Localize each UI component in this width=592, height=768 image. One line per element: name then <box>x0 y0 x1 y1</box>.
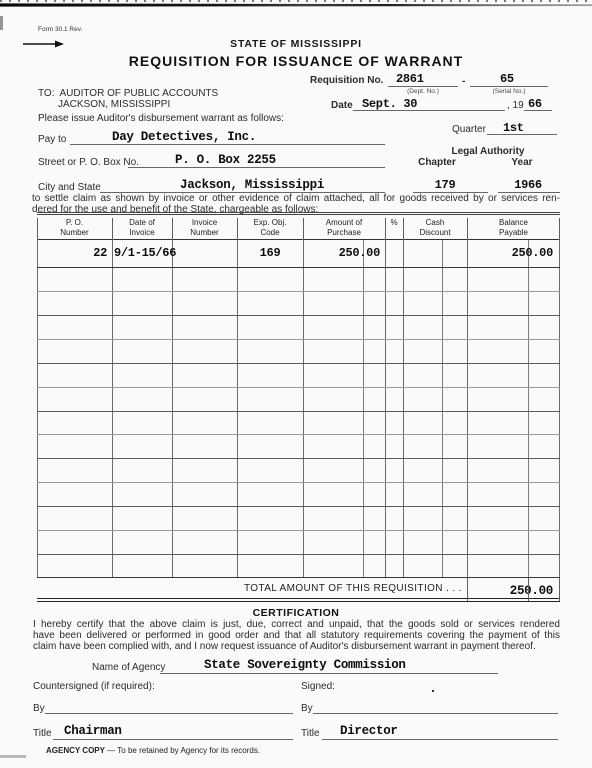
main-title: REQUISITION FOR ISSUANCE OF WARRANT <box>0 53 592 69</box>
chapter-value: 179 <box>415 178 475 192</box>
state-title: STATE OF MISSISSIPPI <box>0 38 592 50</box>
agency-copy-note: AGENCY COPY — To be retained by Agency f… <box>46 746 260 755</box>
agency-label: Name of Agency <box>92 662 165 673</box>
date-label: Date <box>331 100 353 111</box>
form-number: Form 30.1 Rev. <box>38 26 82 33</box>
street-value: P. O. Box 2255 <box>175 153 276 167</box>
agency-copy-text: — To be retained by Agency for its recor… <box>107 746 260 755</box>
signature-line <box>45 713 293 714</box>
fill-line <box>128 167 385 168</box>
scan-artifact <box>432 690 434 692</box>
city-state-value: Jackson, Mississippi <box>180 178 324 192</box>
scan-artifact <box>0 0 592 2</box>
column-header-amount-of-purchase: Amount of Purchase <box>303 218 385 237</box>
cell-amount-of-purchase: 250.00 <box>303 246 380 260</box>
certification-title: CERTIFICATION <box>0 607 592 619</box>
fill-line <box>470 86 548 87</box>
table-total-row: TOTAL AMOUNT OF THIS REQUISITION . . . 2… <box>37 578 560 602</box>
quarter-value: 1st <box>503 121 524 135</box>
year-label: Year <box>500 157 544 168</box>
column-header-percent: % <box>385 218 403 228</box>
fill-line <box>160 673 498 674</box>
legal-authority-title: Legal Authority <box>442 146 534 157</box>
date-value: Sept. 30 <box>362 97 417 111</box>
scanned-form-page: Form 30.1 Rev. STATE OF MISSISSIPPI REQU… <box>0 0 592 768</box>
certification-line1: I hereby certify that the above claim is… <box>33 619 560 630</box>
street-label: Street or P. O. Box No. <box>38 157 139 168</box>
certification-line3: claim have been complied with, and I now… <box>33 641 560 652</box>
cell-date-of-invoice: 9/1-15/66 <box>114 246 176 260</box>
signature-line <box>322 739 558 740</box>
column-header-date-of-invoice: Date of Invoice <box>112 218 172 237</box>
scan-artifact <box>0 755 26 758</box>
cell-po-number: 22 <box>67 246 107 260</box>
title-label-left: Title <box>33 728 52 739</box>
scan-artifact <box>0 3 592 7</box>
quarter-label: Quarter <box>452 124 486 135</box>
year-prefix: , 19 <box>507 100 524 111</box>
year-value-la: 1966 <box>500 178 556 192</box>
fill-line <box>524 110 552 111</box>
signed-label: Signed: <box>301 681 335 692</box>
certification-line2: have been delivered or performed in good… <box>33 630 560 641</box>
cell-balance-payable: 250.00 <box>457 246 553 260</box>
dept-no-sublabel: (Dept. No.) <box>398 88 448 95</box>
addressee-line2: JACKSON, MISSISSIPPI <box>58 99 170 110</box>
requisition-table: P. O. Number Date of Invoice Invoice Num… <box>37 212 560 605</box>
pay-to-label: Pay to <box>38 134 66 145</box>
city-state-label: City and State <box>38 182 101 193</box>
column-header-po-number: P. O. Number <box>37 218 112 237</box>
requisition-no-separator: - <box>462 76 465 87</box>
fill-line <box>487 134 557 135</box>
serial-no-value: 65 <box>500 72 514 86</box>
scan-artifact <box>0 16 3 30</box>
by-label-right: By <box>301 703 313 714</box>
countersigned-label: Countersigned (if required): <box>33 681 155 692</box>
instruction-text: Please issue Auditor's disbursement warr… <box>38 113 284 124</box>
total-label: TOTAL AMOUNT OF THIS REQUISITION . . . <box>167 583 462 594</box>
requisition-no-label: Requisition No. <box>310 75 383 86</box>
dept-no-value: 2861 <box>396 72 424 86</box>
table-body: 22 9/1-15/66 169 250.00 250.00 <box>37 240 560 578</box>
countersigned-title-value: Chairman <box>64 724 122 738</box>
signature-line <box>313 713 558 714</box>
settle-clause-line1: to settle claim as shown by invoice or o… <box>32 193 560 204</box>
year-value: 66 <box>528 97 542 111</box>
column-header-balance-payable: Balance Payable <box>467 218 560 237</box>
agency-value: State Sovereignty Commission <box>204 658 406 672</box>
cell-exp-obj-code: 169 <box>237 246 303 260</box>
fill-line <box>70 144 385 145</box>
signed-title-value: Director <box>340 724 398 738</box>
chapter-label: Chapter <box>415 157 459 168</box>
table-header-row: P. O. Number Date of Invoice Invoice Num… <box>37 212 560 240</box>
title-label-right: Title <box>301 728 320 739</box>
column-header-invoice-number: Invoice Number <box>172 218 237 237</box>
pay-to-value: Day Detectives, Inc. <box>112 130 256 144</box>
fill-line <box>388 86 458 87</box>
column-header-exp-obj-code: Exp. Obj. Code <box>237 218 303 237</box>
serial-no-sublabel: (Serial No.) <box>484 88 534 95</box>
addressee-line1: TO: AUDITOR OF PUBLIC ACCOUNTS <box>38 88 218 99</box>
column-header-cash-discount: Cash Discount <box>403 218 467 237</box>
by-label-left: By <box>33 703 45 714</box>
fill-line <box>353 110 505 111</box>
signature-line <box>53 739 293 740</box>
total-value: 250.00 <box>483 584 553 598</box>
agency-copy-label: AGENCY COPY <box>46 746 105 755</box>
